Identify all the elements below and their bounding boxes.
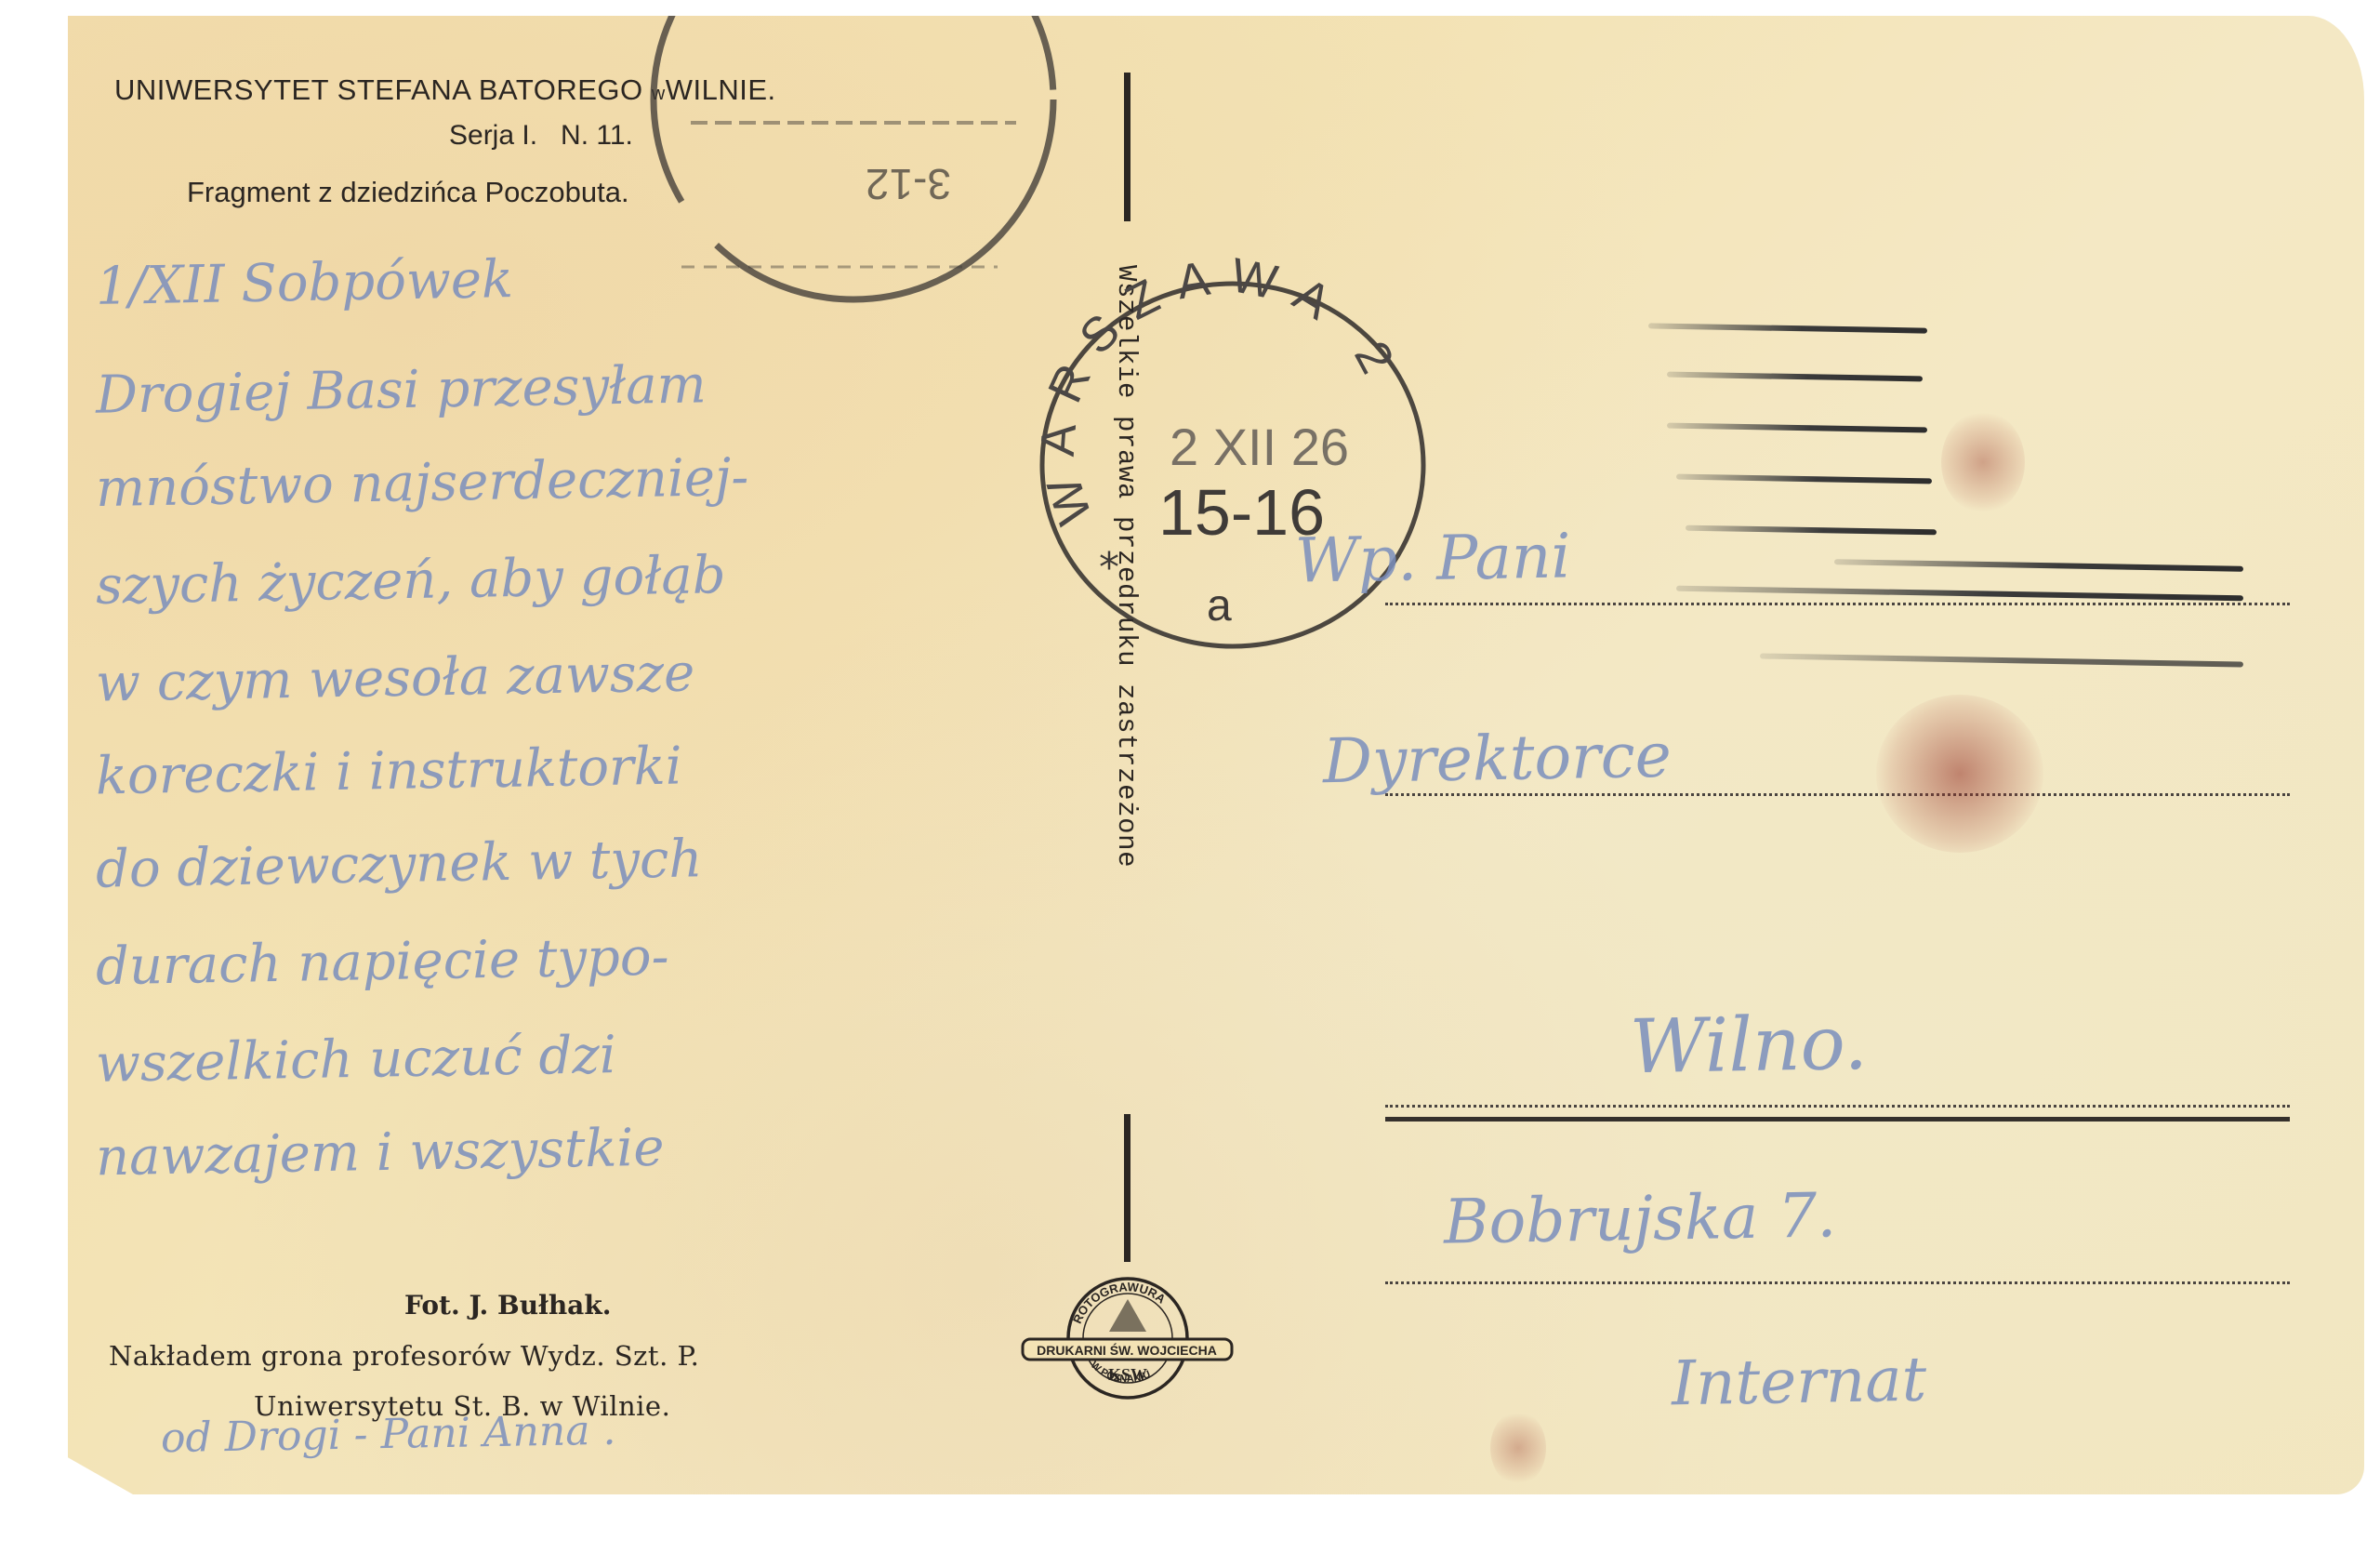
message-line: koreczki i instruktorki xyxy=(95,737,682,807)
svg-text:KSW: KSW xyxy=(1108,1365,1147,1384)
svg-text:a: a xyxy=(1207,581,1232,630)
address-line-1 xyxy=(1385,603,2290,605)
message-line: do dziewczynek w tych xyxy=(95,829,702,899)
cancel-line xyxy=(1676,586,2243,602)
message-line: szych życzeń, aby gołąb xyxy=(95,545,726,617)
svg-text:DRUKARNI ŚW. WOJCIECHA: DRUKARNI ŚW. WOJCIECHA xyxy=(1037,1342,1217,1358)
red-stain xyxy=(1490,1411,1546,1485)
series-number: Serja I. N. 11. xyxy=(449,120,633,152)
address-line-solid xyxy=(1385,1117,2290,1122)
message-line: wszelkich uczuć dzi xyxy=(95,1025,616,1095)
address-line-3 xyxy=(1385,1105,2290,1108)
photographer-credit: Fot. J. Bułhak. xyxy=(404,1290,611,1321)
cancel-line xyxy=(1667,372,1923,382)
printer-logo: ROTOGRAWURA W POZNANIU DRUKARNI ŚW. WOJC… xyxy=(1021,1267,1244,1415)
photo-caption: Fragment z dziedzińca Poczobuta. xyxy=(187,176,629,209)
message-line: durach napięcie typo- xyxy=(95,927,669,998)
svg-text:3-12: 3-12 xyxy=(866,160,951,208)
divider-top xyxy=(1124,73,1130,221)
red-stain xyxy=(1876,695,2043,853)
message-line: 1/XII Sobpówek xyxy=(95,249,513,317)
cancel-line xyxy=(1760,653,2243,667)
svg-text:*: * xyxy=(1099,544,1119,591)
publisher-line-2: Uniwersytetu St. B. w Wilnie. xyxy=(254,1390,670,1422)
cancel-line xyxy=(1667,423,1927,433)
message-line: w czym wesoła zawsze xyxy=(95,643,694,713)
svg-text:2 XII 26: 2 XII 26 xyxy=(1170,418,1349,476)
address-title: Dyrektorce xyxy=(1322,720,1672,798)
cancel-line xyxy=(1686,525,1937,536)
publisher-line-1: Nakładem grona profesorów Wydz. Szt. P. xyxy=(109,1340,699,1372)
message-line: Drogiej Basi przesyłam xyxy=(95,354,707,425)
address-recipient: Wp. Pani xyxy=(1294,520,1571,596)
divider-bottom xyxy=(1124,1114,1130,1262)
red-stain xyxy=(1941,411,2025,513)
address-city: Wilno. xyxy=(1629,1000,1868,1090)
address-building: Internat xyxy=(1671,1344,1926,1420)
partial-postmark: 3-12 xyxy=(626,16,1109,285)
warszawa-postmark: WARSZAWA 2 2 XII 26 15-16 * a xyxy=(1030,274,1439,665)
postcard-back: UNIWERSYTET STEFANA BATOREGO wWILNIE. Se… xyxy=(68,16,2364,1494)
message-line: nawzajem i wszystkie xyxy=(95,1118,664,1188)
address-line-4 xyxy=(1385,1281,2290,1284)
message-line: mnóstwo najserdeczniej- xyxy=(95,447,748,519)
cancel-line xyxy=(1834,559,2243,572)
address-street: Bobrujska 7. xyxy=(1443,1179,1836,1257)
cancel-line xyxy=(1648,323,1927,333)
cancel-line xyxy=(1676,474,1932,484)
